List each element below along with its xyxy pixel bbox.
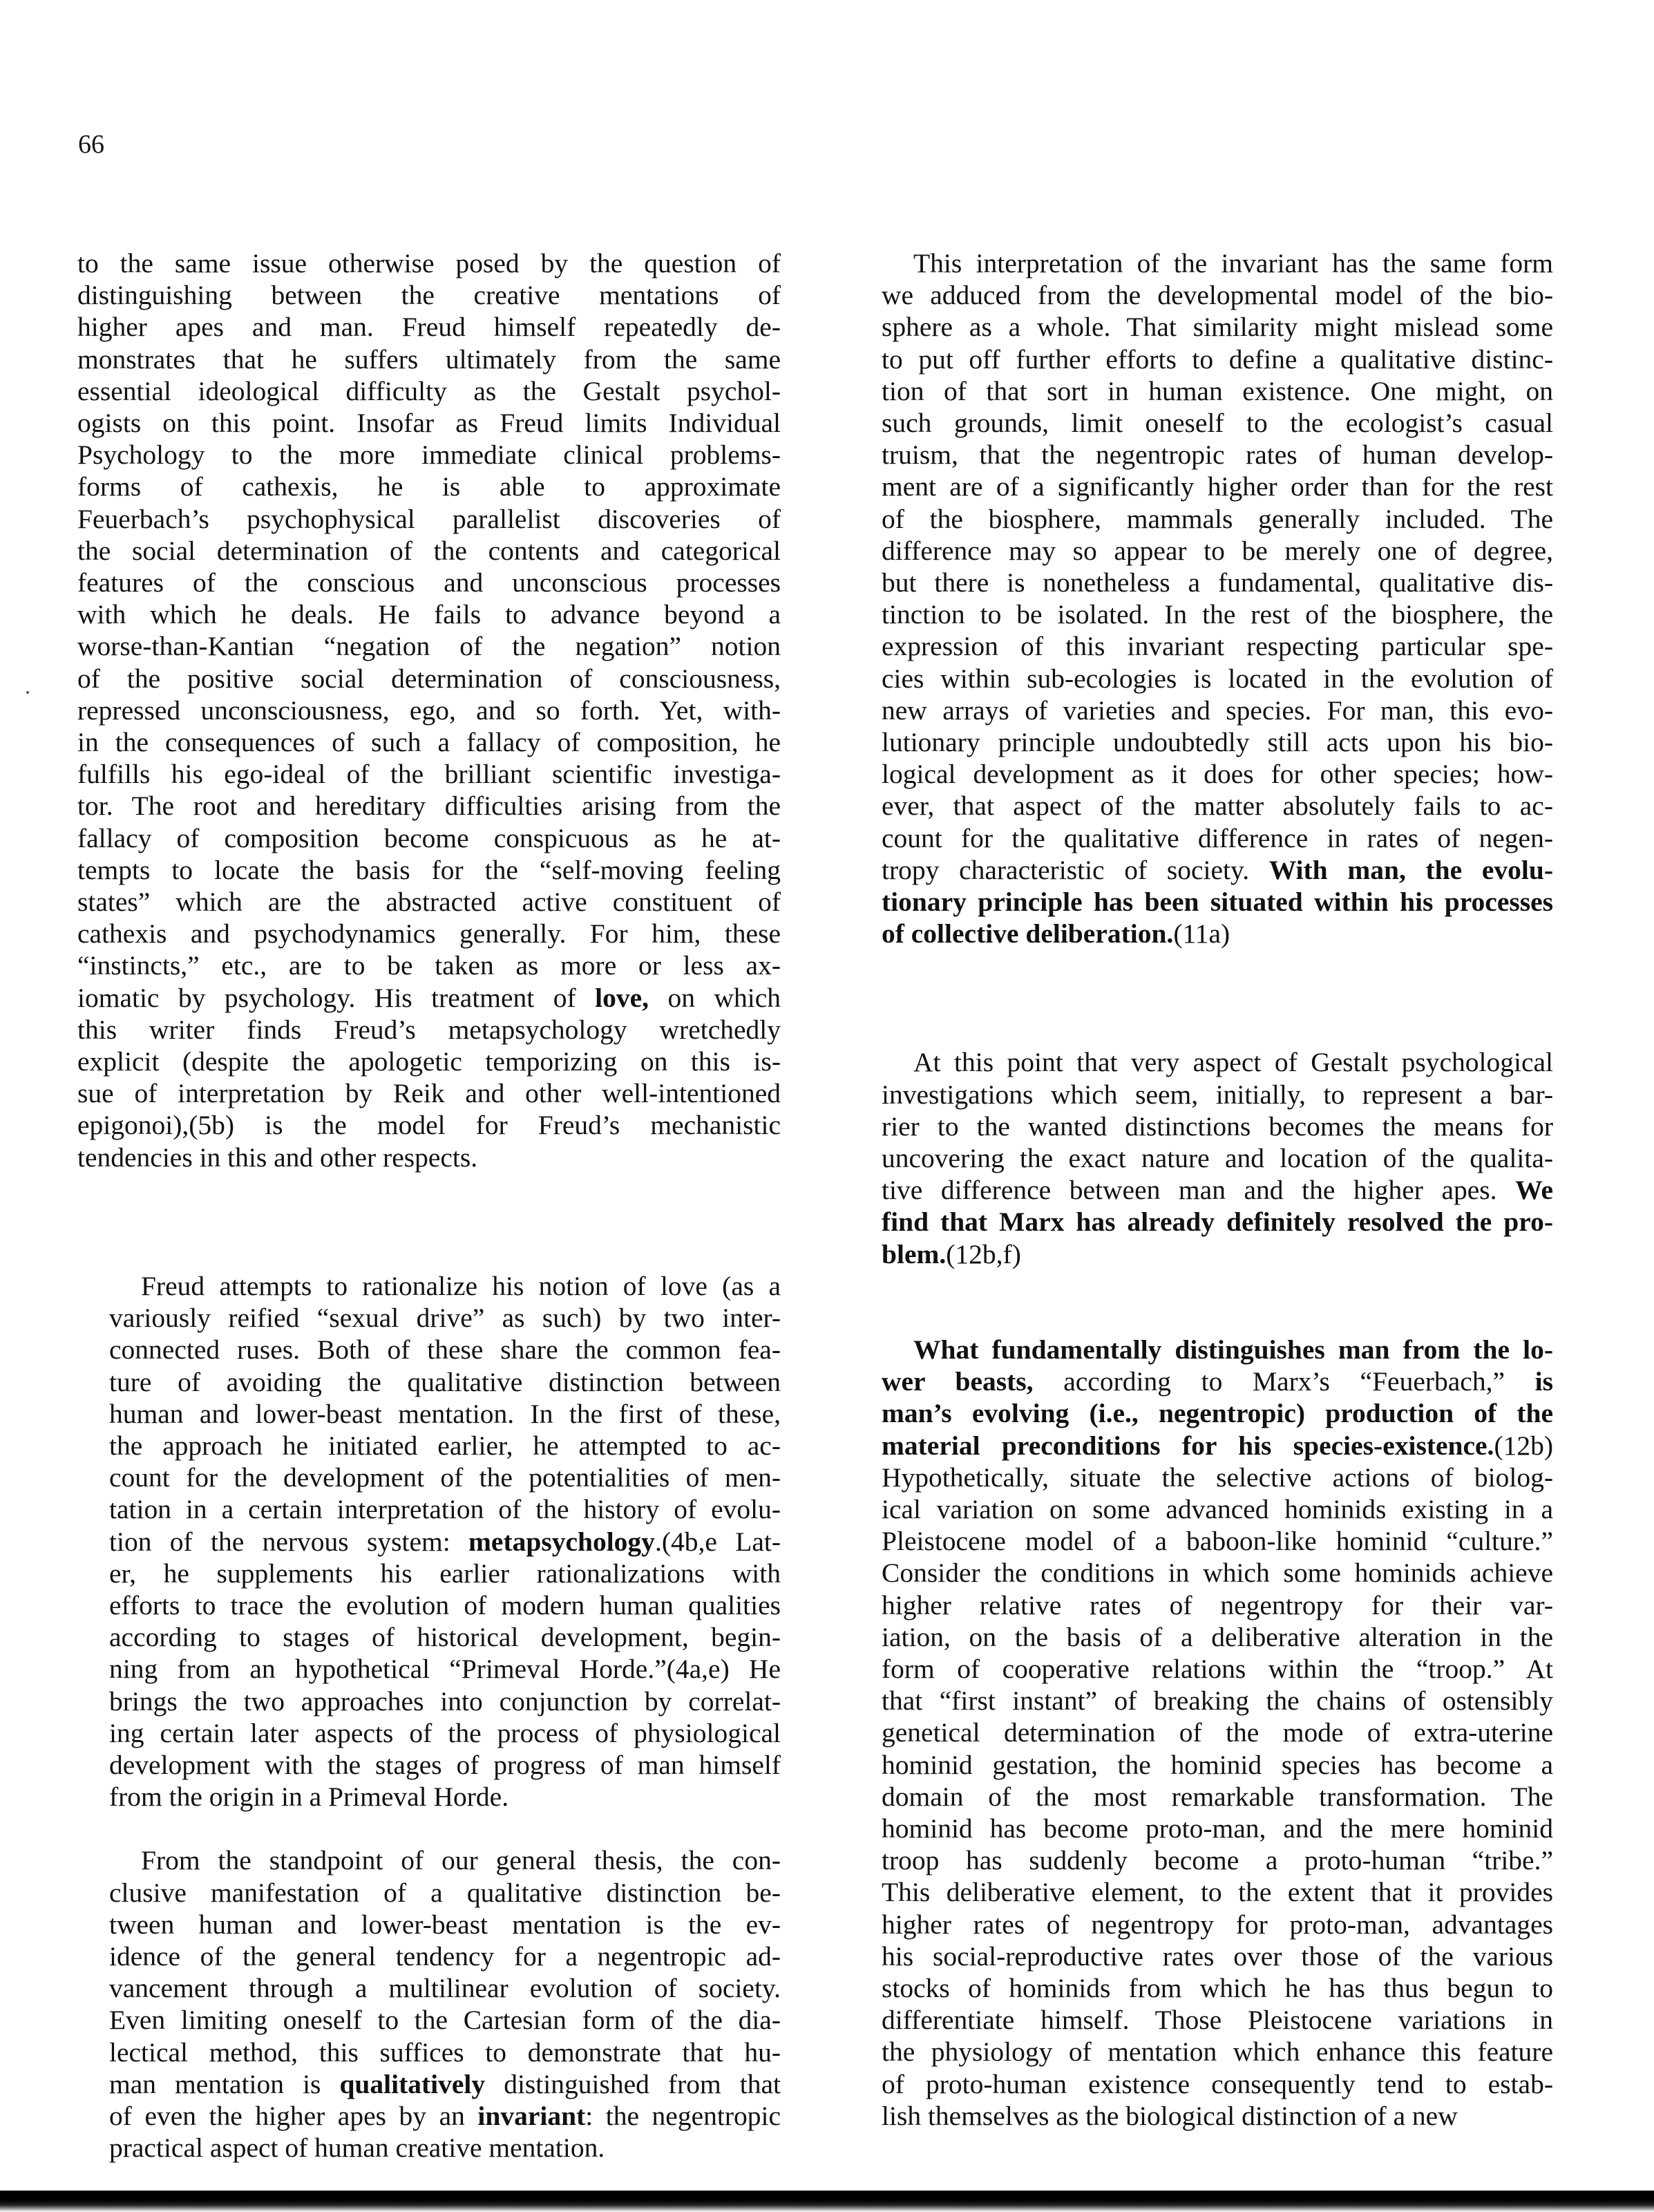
text-run: tive difference between man and the high…	[882, 1175, 1515, 1205]
text-line: truism, that the negentropic rates of hu…	[850, 439, 1553, 471]
text-run: higher relative rates of negentropy for …	[882, 1590, 1553, 1620]
text-line: development with the stages of progress …	[77, 1749, 781, 1781]
text-run: cathexis and psychodynamics generally. F…	[77, 918, 781, 949]
text-run: to put off further efforts to define a q…	[882, 344, 1553, 375]
paragraph: This interpretation of the invariant has…	[850, 247, 1553, 949]
text-run: brings the two approaches into conjuncti…	[109, 1686, 781, 1717]
text-run: that “first instant” of breaking the cha…	[882, 1685, 1553, 1716]
text-line: lish themselves as the biological distin…	[850, 2100, 1553, 2132]
text-line: Even limiting oneself to the Cartesian f…	[77, 2004, 781, 2036]
text-line: practical aspect of human creative menta…	[77, 2132, 781, 2164]
text-run: cies within sub-ecologies is located in …	[882, 663, 1553, 694]
bold-text-run: man’s evolving (i.e., negentropic) produ…	[882, 1398, 1553, 1428]
text-line: repressed unconsciousness, ego, and so f…	[77, 694, 781, 726]
text-run: From the standpoint of our general thesi…	[141, 1845, 781, 1875]
text-line: of the positive social determination of …	[77, 663, 781, 694]
bold-text-run: material preconditions for his species-e…	[882, 1430, 1494, 1461]
text-line: expression of this invariant respecting …	[850, 630, 1553, 662]
text-run: expression of this invariant respecting …	[882, 631, 1553, 661]
text-line: At this point that very aspect of Gestal…	[850, 1046, 1553, 1078]
text-line: but there is nonetheless a fundamental, …	[850, 567, 1553, 598]
text-run: Pleistocene model of a baboon-like homin…	[882, 1526, 1553, 1556]
text-line: that “first instant” of breaking the cha…	[850, 1685, 1553, 1717]
text-run: new arrays of varieties and species. For…	[882, 695, 1553, 726]
text-run: iomatic by psychology. His treatment of	[77, 983, 595, 1013]
text-run: uncovering the exact nature and location…	[882, 1143, 1553, 1173]
bold-text-run: wer beasts,	[882, 1366, 1034, 1397]
text-line: lutionary principle undoubtedly still ac…	[850, 726, 1553, 758]
text-run: variously reified “sexual drive” as such…	[109, 1303, 781, 1333]
right-column: This interpretation of the invariant has…	[850, 247, 1553, 2132]
text-line: from the origin in a Primeval Horde.	[77, 1781, 781, 1813]
text-run: ogists on this point. Insofar as Freud l…	[77, 408, 781, 438]
text-run: At this point that very aspect of Gestal…	[913, 1047, 1553, 1077]
text-line: blem.(12b,f)	[850, 1238, 1553, 1270]
text-line: difference may so appear to be merely on…	[850, 535, 1553, 567]
text-line: the approach he initiated earlier, he at…	[77, 1430, 781, 1462]
text-line: higher apes and man. Freud himself repea…	[77, 311, 781, 343]
text-run: ing certain later aspects of the process…	[109, 1718, 781, 1748]
text-run: monstrates that he suffers ultimately fr…	[77, 344, 781, 375]
bold-text-run: metapsychology	[468, 1526, 655, 1557]
text-run: repressed unconsciousness, ego, and so f…	[77, 695, 781, 726]
text-run: lish themselves as the biological distin…	[882, 2101, 1458, 2131]
text-line: features of the conscious and unconsciou…	[77, 567, 781, 598]
text-run: to the same issue otherwise posed by the…	[77, 248, 781, 278]
text-line: in the consequences of such a fallacy of…	[77, 726, 781, 758]
text-run: forms of cathexis, he is able to approxi…	[77, 471, 781, 502]
bold-text-run: tionary principle has been situated with…	[882, 887, 1553, 917]
text-line: ment are of a significantly higher order…	[850, 471, 1553, 502]
text-line: new arrays of varieties and species. For…	[850, 694, 1553, 726]
text-run: difference may so appear to be merely on…	[882, 536, 1553, 566]
text-line: This deliberative element, to the extent…	[850, 1876, 1553, 1908]
text-run: on which	[649, 983, 781, 1013]
text-line: cathexis and psychodynamics generally. F…	[77, 918, 781, 949]
text-run: (11a)	[1173, 918, 1230, 949]
paragraph-gap	[77, 1173, 781, 1270]
text-run: Feuerbach’s psychophysical parallelist d…	[77, 504, 781, 534]
text-run: troop has suddenly become a proto-human …	[882, 1845, 1553, 1875]
text-run: human and lower-beast mentation. In the …	[109, 1399, 781, 1429]
bold-text-run: We	[1515, 1175, 1553, 1205]
text-run: “instincts,” etc., are to be taken as mo…	[77, 950, 781, 981]
left-column: to the same issue otherwise posed by the…	[77, 247, 781, 2164]
text-run: sphere as a whole. That similarity might…	[882, 312, 1553, 342]
text-line: hominid gestation, the hominid species h…	[850, 1749, 1553, 1781]
text-run: (12b,f)	[946, 1239, 1021, 1269]
text-run: essential ideological difficulty as the …	[77, 376, 781, 406]
text-run: stocks of hominids from which he has thu…	[882, 1973, 1553, 2003]
text-run: connected ruses. Both of these share the…	[109, 1334, 781, 1365]
text-line: “instincts,” etc., are to be taken as mo…	[77, 949, 781, 981]
text-run: worse-than-Kantian “negation of the nega…	[77, 631, 781, 661]
text-line: genetical determination of the mode of e…	[850, 1717, 1553, 1748]
text-line: material preconditions for his species-e…	[850, 1430, 1553, 1462]
text-line: differentiate himself. Those Pleistocene…	[850, 2004, 1553, 2036]
scan-speck	[1531, 551, 1534, 554]
text-line: sue of interpretation by Reik and other …	[77, 1077, 781, 1109]
text-line: cies within sub-ecologies is located in …	[850, 663, 1553, 694]
text-run: This interpretation of the invariant has…	[913, 248, 1553, 278]
text-run: the approach he initiated earlier, he at…	[109, 1430, 781, 1461]
bold-text-run: blem.	[882, 1239, 946, 1269]
bold-text-run: What fundamentally distinguishes man fro…	[913, 1334, 1553, 1365]
text-line: tinction to be isolated. In the rest of …	[850, 598, 1553, 630]
text-line: explicit (despite the apologetic tempori…	[77, 1046, 781, 1077]
text-line: Consider the conditions in which some ho…	[850, 1557, 1553, 1589]
text-run: explicit (despite the apologetic tempori…	[77, 1046, 781, 1077]
text-line: man mentation is qualitatively distingui…	[77, 2068, 781, 2100]
scan-edge-shadow	[0, 2200, 1654, 2212]
text-line: tween human and lower-beast mentation is…	[77, 1909, 781, 1940]
text-line: troop has suddenly become a proto-human …	[850, 1844, 1553, 1876]
text-line: of the biosphere, mammals generally incl…	[850, 503, 1553, 535]
text-run: higher apes and man. Freud himself repea…	[77, 312, 781, 342]
text-run: of the positive social determination of …	[77, 663, 781, 694]
text-run: in the consequences of such a fallacy of…	[77, 727, 781, 757]
text-line: monstrates that he suffers ultimately fr…	[77, 343, 781, 375]
paragraph-gap	[77, 1813, 781, 1844]
text-run: ical variation on some advanced hominids…	[882, 1494, 1553, 1524]
text-run: : the negentropic	[585, 2101, 781, 2131]
bold-text-run: find that Marx has already definitely re…	[882, 1207, 1553, 1237]
paragraph: At this point that very aspect of Gestal…	[850, 1046, 1553, 1269]
text-line: brings the two approaches into conjuncti…	[77, 1685, 781, 1717]
text-run: fallacy of composition become conspicuou…	[77, 823, 781, 853]
paragraph: Freud attempts to rationalize his notion…	[77, 1270, 781, 1813]
paragraph-gap	[850, 1270, 1553, 1334]
text-line: rier to the wanted distinctions becomes …	[850, 1110, 1553, 1142]
text-run: clusive manifestation of a qualitative d…	[109, 1878, 781, 1908]
text-run: his social-reproductive rates over those…	[882, 1941, 1553, 1972]
text-run: but there is nonetheless a fundamental, …	[882, 567, 1553, 598]
text-run: Hypothetically, situate the selective ac…	[882, 1462, 1553, 1493]
paragraph: to the same issue otherwise posed by the…	[77, 247, 781, 1173]
text-line: tion of that sort in human existence. On…	[850, 375, 1553, 407]
bold-text-run: With man, the evolu-	[1269, 855, 1553, 885]
text-line: ical variation on some advanced hominids…	[850, 1493, 1553, 1525]
text-line: to put off further efforts to define a q…	[850, 343, 1553, 375]
scan-edge-bar	[0, 2191, 1654, 2200]
text-line: according to stages of historical develo…	[77, 1621, 781, 1653]
text-line: of proto-human existence consequently te…	[850, 2068, 1553, 2100]
text-run: development with the stages of progress …	[109, 1750, 781, 1780]
text-run: practical aspect of human creative menta…	[109, 2133, 605, 2163]
text-run: from the origin in a Primeval Horde.	[109, 1781, 508, 1812]
text-run: this writer finds Freud’s metapsychology…	[77, 1014, 781, 1045]
text-run: tinction to be isolated. In the rest of …	[882, 599, 1553, 630]
text-line: tor. The root and hereditary difficultie…	[77, 790, 781, 822]
paragraph-gap	[850, 949, 1553, 1046]
text-line: lectical method, this suffices to demons…	[77, 2036, 781, 2068]
text-line: fulfills his ego-ideal of the brilliant …	[77, 758, 781, 790]
text-line: efforts to trace the evolution of modern…	[77, 1589, 781, 1621]
text-run: of even the higher apes by an	[109, 2101, 477, 2131]
text-run: according to Marx’s “Feuerbach,”	[1034, 1366, 1535, 1397]
text-line: er, he supplements his earlier rationali…	[77, 1558, 781, 1589]
paragraph: What fundamentally distinguishes man fro…	[850, 1334, 1553, 2132]
bold-text-run: of collective deliberation.	[882, 918, 1173, 949]
text-run: tion of that sort in human existence. On…	[882, 376, 1553, 406]
text-run: states” which are the abstracted active …	[77, 887, 781, 917]
text-run: vancement through a multilinear evolutio…	[109, 1973, 781, 2003]
text-run: count for the qualitative difference in …	[882, 823, 1553, 853]
text-line: ever, that aspect of the matter absolute…	[850, 790, 1553, 822]
text-run: the physiology of mentation which enhanc…	[882, 2036, 1553, 2067]
text-line: worse-than-Kantian “negation of the nega…	[77, 630, 781, 662]
text-line: Psychology to the more immediate clinica…	[77, 439, 781, 471]
text-line: man’s evolving (i.e., negentropic) produ…	[850, 1397, 1553, 1429]
text-run: logical development as it does for other…	[882, 759, 1553, 789]
text-run: ning from an hypothetical “Primeval Hord…	[109, 1654, 781, 1684]
text-line: tation in a certain interpretation of th…	[77, 1493, 781, 1525]
text-run: Psychology to the more immediate clinica…	[77, 439, 781, 470]
text-line: distinguishing between the creative ment…	[77, 279, 781, 311]
text-run: ture of avoiding the qualitative distinc…	[109, 1367, 781, 1397]
text-run: hominid has become proto-man, and the me…	[882, 1813, 1553, 1844]
text-line: ing certain later aspects of the process…	[77, 1717, 781, 1749]
text-line: investigations which seem, initially, to…	[850, 1079, 1553, 1110]
text-line: find that Marx has already definitely re…	[850, 1206, 1553, 1238]
text-line: count for the development of the potenti…	[77, 1462, 781, 1493]
text-run: tor. The root and hereditary difficultie…	[77, 791, 781, 821]
paragraph: From the standpoint of our general thesi…	[77, 1844, 781, 2164]
text-run: This deliberative element, to the extent…	[882, 1877, 1553, 1907]
text-run: truism, that the negentropic rates of hu…	[882, 439, 1553, 470]
text-line: higher relative rates of negentropy for …	[850, 1589, 1553, 1621]
text-run: iation, on the basis of a deliberative a…	[882, 1622, 1553, 1652]
text-run: sue of interpretation by Reik and other …	[77, 1078, 781, 1108]
text-line: ning from an hypothetical “Primeval Hord…	[77, 1653, 781, 1685]
page-number: 66	[78, 131, 104, 158]
text-line: of collective deliberation.(11a)	[850, 918, 1553, 949]
text-line: with which he deals. He fails to advance…	[77, 598, 781, 630]
text-run: epigonoi),(5b) is the model for Freud’s …	[77, 1110, 781, 1140]
text-run: man mentation is	[109, 2069, 339, 2099]
text-run: with which he deals. He fails to advance…	[77, 599, 781, 630]
text-run: hominid gestation, the hominid species h…	[882, 1750, 1553, 1780]
text-line: This interpretation of the invariant has…	[850, 247, 1553, 279]
text-run: lectical method, this suffices to demons…	[109, 2037, 781, 2068]
text-line: states” which are the abstracted active …	[77, 886, 781, 918]
text-line: iation, on the basis of a deliberative a…	[850, 1621, 1553, 1653]
text-run: efforts to trace the evolution of modern…	[109, 1590, 781, 1620]
text-line: ogists on this point. Insofar as Freud l…	[77, 407, 781, 439]
text-line: idence of the general tendency for a neg…	[77, 1940, 781, 1972]
text-line: hominid has become proto-man, and the me…	[850, 1813, 1553, 1844]
text-run: genetical determination of the mode of e…	[882, 1717, 1553, 1748]
text-run: tween human and lower-beast mentation is…	[109, 1909, 781, 1940]
text-line: stocks of hominids from which he has thu…	[850, 1972, 1553, 2004]
text-line: What fundamentally distinguishes man fro…	[850, 1334, 1553, 1365]
text-run: higher rates of negentropy for proto-man…	[882, 1909, 1553, 1940]
text-run: er, he supplements his earlier rationali…	[109, 1558, 781, 1589]
bold-text-run: qualitatively	[339, 2069, 485, 2099]
text-line: the physiology of mentation which enhanc…	[850, 2036, 1553, 2068]
text-run: differentiate himself. Those Pleistocene…	[882, 2005, 1553, 2035]
text-run: features of the conscious and unconsciou…	[77, 567, 781, 598]
text-run: fulfills his ego-ideal of the brilliant …	[77, 759, 781, 789]
text-run: tation in a certain interpretation of th…	[109, 1494, 781, 1524]
text-line: wer beasts, according to Marx’s “Feuerba…	[850, 1365, 1553, 1397]
text-line: tropy characteristic of society. With ma…	[850, 854, 1553, 886]
text-line: forms of cathexis, he is able to approxi…	[77, 471, 781, 502]
text-run: Consider the conditions in which some ho…	[882, 1558, 1553, 1588]
text-line: Hypothetically, situate the selective ac…	[850, 1462, 1553, 1493]
text-line: iomatic by psychology. His treatment of …	[77, 982, 781, 1014]
text-run: domain of the most remarkable transforma…	[882, 1781, 1553, 1812]
text-line: Freud attempts to rationalize his notion…	[77, 1270, 781, 1302]
text-line: such grounds, limit oneself to the ecolo…	[850, 407, 1553, 439]
text-line: vancement through a multilinear evolutio…	[77, 1972, 781, 2004]
text-run: distinguishing between the creative ment…	[77, 280, 781, 310]
text-line: fallacy of composition become conspicuou…	[77, 822, 781, 854]
text-line: variously reified “sexual drive” as such…	[77, 1302, 781, 1334]
text-line: tionary principle has been situated with…	[850, 886, 1553, 918]
text-run: according to stages of historical develo…	[109, 1622, 781, 1652]
text-run: tion of the nervous system:	[109, 1526, 468, 1557]
text-run: .(4b,e Lat-	[655, 1526, 781, 1557]
text-run: Freud attempts to rationalize his notion…	[141, 1271, 781, 1301]
text-line: Pleistocene model of a baboon-like homin…	[850, 1525, 1553, 1557]
text-line: of even the higher apes by an invariant:…	[77, 2100, 781, 2132]
text-run: (12b)	[1494, 1430, 1553, 1461]
text-line: tempts to locate the basis for the “self…	[77, 854, 781, 886]
text-run: tropy characteristic of society.	[882, 855, 1269, 885]
text-run: of proto-human existence consequently te…	[882, 2069, 1553, 2099]
text-run: lutionary principle undoubtedly still ac…	[882, 727, 1553, 757]
text-run: idence of the general tendency for a neg…	[109, 1941, 781, 1972]
text-line: uncovering the exact nature and location…	[850, 1142, 1553, 1174]
text-line: this writer finds Freud’s metapsychology…	[77, 1014, 781, 1046]
text-run: rier to the wanted distinctions becomes …	[882, 1111, 1553, 1142]
text-line: epigonoi),(5b) is the model for Freud’s …	[77, 1109, 781, 1141]
scan-speck	[26, 691, 29, 694]
text-line: tion of the nervous system: metapsycholo…	[77, 1526, 781, 1558]
text-line: domain of the most remarkable transforma…	[850, 1781, 1553, 1813]
text-run: Even limiting oneself to the Cartesian f…	[109, 2005, 781, 2035]
text-line: higher rates of negentropy for proto-man…	[850, 1909, 1553, 1940]
text-line: to the same issue otherwise posed by the…	[77, 247, 781, 279]
text-line: clusive manifestation of a qualitative d…	[77, 1877, 781, 1909]
text-line: human and lower-beast mentation. In the …	[77, 1398, 781, 1430]
text-run: ever, that aspect of the matter absolute…	[882, 791, 1553, 821]
text-line: tendencies in this and other respects.	[77, 1142, 781, 1173]
text-line: essential ideological difficulty as the …	[77, 375, 781, 407]
text-line: his social-reproductive rates over those…	[850, 1940, 1553, 1972]
text-line: connected ruses. Both of these share the…	[77, 1334, 781, 1365]
text-line: From the standpoint of our general thesi…	[77, 1844, 781, 1876]
bold-text-run: invariant	[477, 2101, 585, 2131]
text-line: tive difference between man and the high…	[850, 1174, 1553, 1206]
text-line: logical development as it does for other…	[850, 758, 1553, 790]
text-run: such grounds, limit oneself to the ecolo…	[882, 408, 1553, 438]
text-run: form of cooperative relations within the…	[882, 1654, 1553, 1684]
text-line: count for the qualitative difference in …	[850, 822, 1553, 854]
text-run: of the biosphere, mammals generally incl…	[882, 504, 1553, 534]
text-run: count for the development of the potenti…	[109, 1462, 781, 1493]
text-line: the social determination of the contents…	[77, 535, 781, 567]
text-run: tempts to locate the basis for the “self…	[77, 855, 781, 885]
text-run: we adduced from the developmental model …	[882, 280, 1553, 310]
text-run: distinguished from that	[485, 2069, 781, 2099]
text-line: we adduced from the developmental model …	[850, 279, 1553, 311]
text-line: sphere as a whole. That similarity might…	[850, 311, 1553, 343]
text-line: form of cooperative relations within the…	[850, 1653, 1553, 1685]
text-run: the social determination of the contents…	[77, 536, 781, 566]
text-line: Feuerbach’s psychophysical parallelist d…	[77, 503, 781, 535]
text-run: ment are of a significantly higher order…	[882, 471, 1553, 502]
text-run: tendencies in this and other respects.	[77, 1142, 477, 1173]
text-run: investigations which seem, initially, to…	[882, 1079, 1553, 1110]
bold-text-run: love,	[595, 983, 649, 1013]
bold-text-run: is	[1535, 1366, 1553, 1397]
text-line: ture of avoiding the qualitative distinc…	[77, 1366, 781, 1398]
